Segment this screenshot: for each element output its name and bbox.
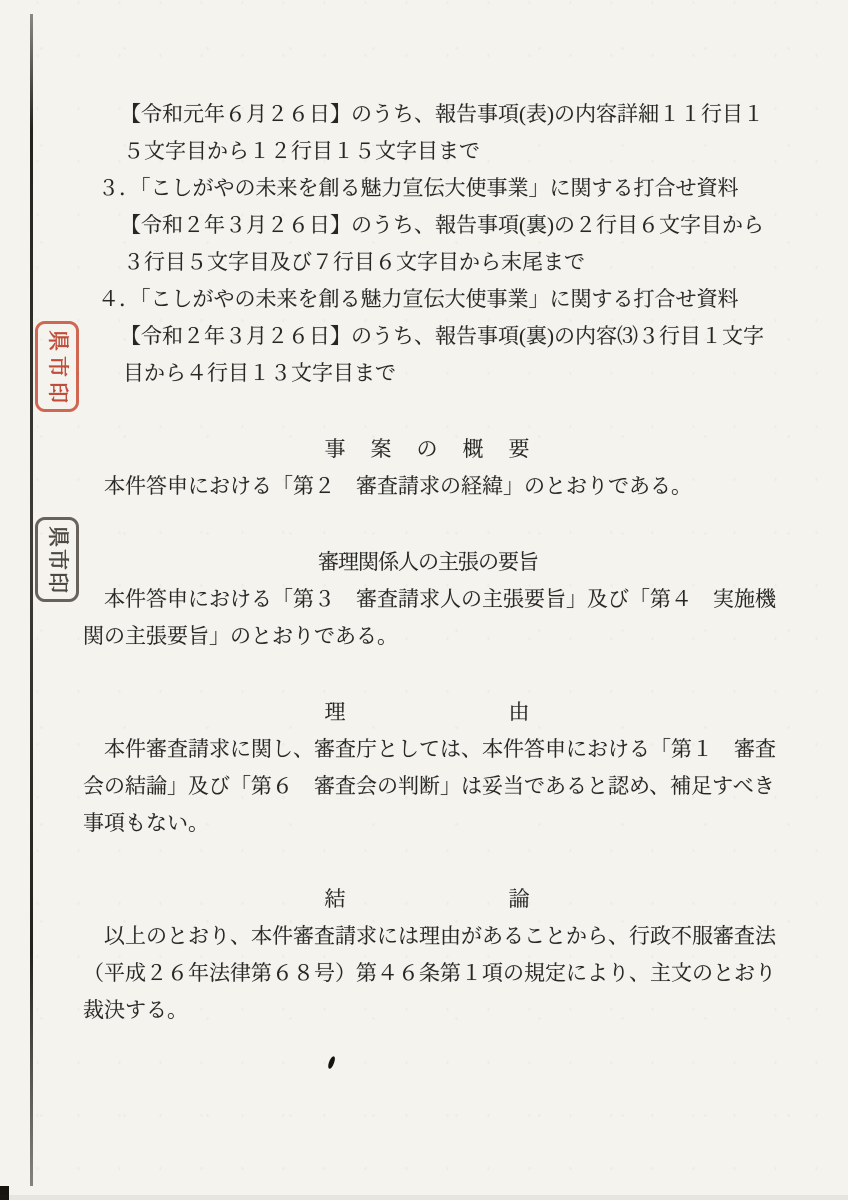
section-gap [83,505,773,544]
document-line: 事項もない。 [83,805,773,842]
document-line: 【令和２年３月２６日】のうち、報告事項(裏)の内容⑶３行目１文字 [83,318,773,355]
scanned-document-page: 県 市 印 県 市 印 【令和元年６月２６日】のうち、報告事項(表)の内容詳細１… [0,0,848,1200]
document-line: （平成２６年法律第６８号）第４６条第１項の規定により、主文のとおり [83,955,773,992]
section-heading-conclusion: 結 論 [83,881,773,918]
section-heading-reason: 理 由 [83,694,773,731]
seal-character: 県 [47,526,68,547]
seal-character: 県 [47,330,68,351]
document-line: 関の主張要旨」のとおりである。 [83,618,773,655]
section-gap [83,392,773,431]
document-line: 目から４行目１３文字目まで [83,355,773,392]
list-item-number: ４． [98,287,140,311]
seal-character: 市 [47,356,68,377]
document-line: 裁決する。 [83,992,773,1029]
seal-character: 印 [47,572,68,593]
document-body: 【令和元年６月２６日】のうち、報告事項(表)の内容詳細１１行目１ ５文字目から１… [83,96,773,1029]
document-line: 本件審査請求に関し、審査庁としては、本件答申における「第１ 審査 [83,731,773,768]
official-seal-gray-icon: 県 市 印 [35,517,79,602]
list-item-3: ３．「こしがやの未来を創る魅力宣伝大使事業」に関する打合せ資料 [83,170,773,207]
seal-character: 印 [47,382,68,403]
document-line: 以上のとおり、本件審査請求には理由があることから、行政不服審査法 [83,918,773,955]
list-item-text: 「こしがやの未来を創る魅力宣伝大使事業」に関する打合せ資料 [140,176,739,200]
section-heading-parties-claims: 審理関係人の主張の要旨 [83,544,773,581]
document-line: ３行目５文字目及び７行目６文字目から末尾まで [83,244,773,281]
document-line: 【令和２年３月２６日】のうち、報告事項(裏)の２行目６文字目から [83,207,773,244]
list-item-4: ４．「こしがやの未来を創る魅力宣伝大使事業」に関する打合せ資料 [83,281,773,318]
section-gap [83,842,773,881]
section-gap [83,655,773,694]
list-item-text: 「こしがやの未来を創る魅力宣伝大使事業」に関する打合せ資料 [140,287,739,311]
seal-character: 市 [47,549,68,570]
document-line: 会の結論」及び「第６ 審査会の判断」は妥当であると認め、補足すべき [83,768,773,805]
document-line: 本件答申における「第３ 審査請求人の主張要旨」及び「第４ 実施機 [83,581,773,618]
document-line: ５文字目から１２行目１５文字目まで [83,133,773,170]
document-line: 【令和元年６月２６日】のうち、報告事項(表)の内容詳細１１行目１ [83,96,773,133]
list-item-number: ３． [98,176,140,200]
official-seal-red-icon: 県 市 印 [35,321,79,412]
scan-bottom-shade [0,1195,848,1200]
document-line: 本件答申における「第２ 審査請求の経緯」のとおりである。 [83,468,773,505]
scan-edge-line [30,14,33,1186]
section-heading-case-overview: 事 案 の 概 要 [83,431,773,468]
ink-speck [327,1056,336,1070]
